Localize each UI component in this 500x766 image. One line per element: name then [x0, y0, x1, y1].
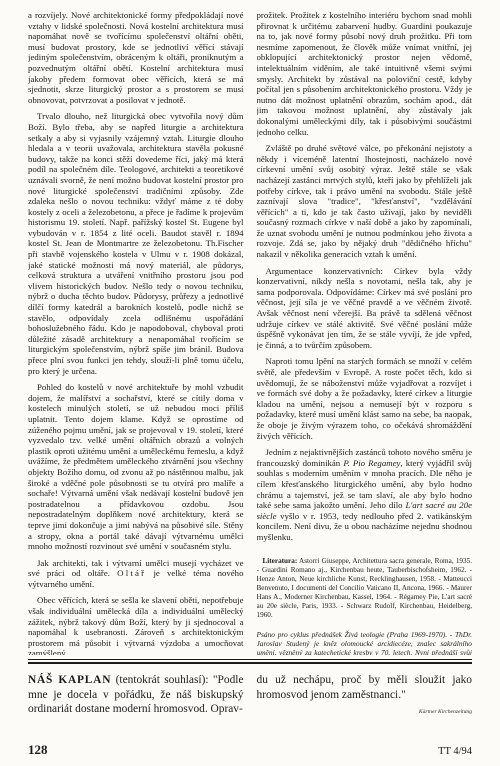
paragraph: Trvalo dlouho, než liturgická obec vytvo… — [28, 111, 244, 376]
author-colophon: Psáno pro cyklus přednášek Živá teologie… — [257, 630, 473, 656]
issue-label: TT 4/94 — [438, 746, 472, 757]
person-name-italic: P. Pio Regamey — [343, 458, 400, 468]
paragraph: Jedním z nejaktivnějších zastánců tohoto… — [257, 447, 473, 542]
paragraph: a rozvíjely. Nové architektonické formy … — [28, 10, 244, 105]
kaplan-text-right: du už nechápu, proč by měli sloužit jako… — [257, 673, 473, 702]
kaplan-signature: Kärtner Kirchenzeitung — [257, 709, 473, 715]
paragraph: Zvláště po druhé světové válce, po překo… — [257, 143, 473, 260]
page-footer: 128 TT 4/94 — [28, 742, 472, 758]
paragraph: Obec věřících, která se sešla ke slavení… — [28, 595, 244, 655]
scanned-document-page: a rozvíjely. Nové architektonické formy … — [0, 0, 500, 766]
section-divider-rule — [28, 659, 472, 664]
article-body: a rozvíjely. Nové architektonické formy … — [28, 10, 472, 655]
left-column: a rozvíjely. Nové architektonické formy … — [28, 10, 244, 655]
paragraph: Naproti tomu lpění na starých formách se… — [257, 356, 473, 441]
kaplan-section: NÁŠ KAPLAN (tentokrát souhlasí): "Podle … — [28, 673, 472, 717]
emphasized-word-oltar: Oltář — [117, 568, 146, 578]
kaplan-title: NÁŠ KAPLAN — [28, 674, 111, 686]
literature-label: Literatura: — [263, 557, 298, 565]
paragraph-text: vyšlo v r. 1953, tedy nedlouho před 2. v… — [257, 511, 473, 542]
paragraph: prožitek. Prožitek z kostelního interiér… — [257, 10, 473, 137]
paragraph: Jak architekti, tak i výtvarní umělci mu… — [28, 558, 244, 590]
literature-block: Literatura: Astorri Giuseppe, Architettu… — [257, 557, 473, 620]
page-number: 128 — [28, 742, 48, 758]
literature-text: Astorri Giuseppe, Architettura sacra gen… — [257, 557, 473, 619]
paragraph: Pohled do kostelů v nové architektuře by… — [28, 382, 244, 552]
kaplan-right-column: du už nechápu, proč by měli sloužit jako… — [257, 673, 473, 717]
right-column: prožitek. Prožitek z kostelního interiér… — [257, 10, 473, 655]
paragraph: Argumentace konzervativních: Církev byla… — [257, 266, 473, 351]
kaplan-left-column: NÁŠ KAPLAN (tentokrát souhlasí): "Podle … — [28, 673, 244, 717]
